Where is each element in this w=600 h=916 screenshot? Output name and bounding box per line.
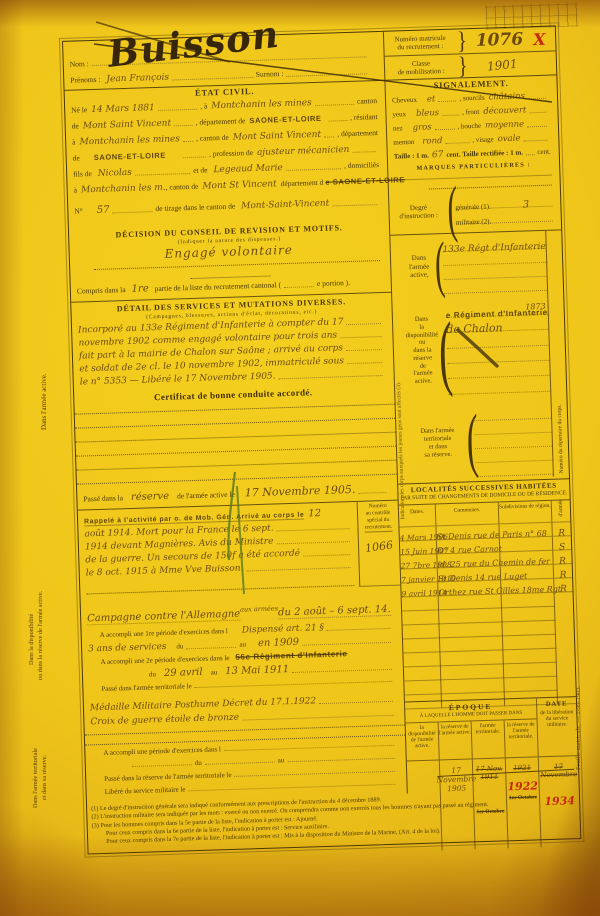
blank-cells (502, 593, 558, 707)
blank-line (279, 375, 383, 379)
marques-title: MARQUES PARTICULIÈRES : (388, 160, 559, 172)
periode-date-fin: 13 Mai 1911 (225, 664, 289, 677)
blank-line (86, 585, 354, 594)
blank-line (188, 784, 395, 792)
blank-line (287, 73, 368, 77)
conseil-decision: Engagé volontaire (164, 243, 293, 261)
label: au (278, 756, 285, 764)
label: , front (462, 108, 479, 117)
blank-cells (555, 592, 577, 705)
label: , profession de (209, 148, 253, 158)
label: fils de (73, 169, 92, 179)
label: , bouche (457, 122, 481, 131)
localite-date: 4 Mars 1906 (399, 527, 436, 542)
blank-line (474, 405, 551, 420)
blank-line (76, 446, 396, 457)
label: e portion ). (317, 278, 350, 288)
label: , domiciliés (344, 160, 379, 170)
label: , visage (472, 135, 494, 144)
tirage-line: N° 57 de tirage dans le canton de Mont-S… (74, 196, 380, 217)
label: Passé dans la (83, 493, 123, 503)
reserve-date: 17 Novembre 1905. (245, 483, 356, 499)
ec-line-6: à Montchanin les m. , canton de Mont St … (74, 176, 380, 196)
blank-line (442, 114, 459, 116)
handwritten-text: le 8 oct. 1915 à Mme Vve Buisson. (86, 563, 244, 578)
sourcils-value: châtains (488, 91, 525, 102)
blank-line (446, 142, 470, 144)
label: Passé dans la réserve de l'armée territo… (104, 771, 232, 783)
label: Passé dans l'armée territoriale le (101, 682, 191, 693)
disponibilite-number: 1873 (525, 302, 546, 312)
print-reference: Feuille matricule. — 2-99-1903. (575, 590, 582, 770)
label: Cheveux (392, 96, 417, 105)
blank-line (195, 681, 393, 688)
blank-line (523, 140, 547, 142)
canton-value: Mont St Vincent (202, 179, 277, 191)
label: de (72, 121, 79, 130)
blank-line (332, 204, 377, 206)
label: Libéré du service militaire le (105, 785, 186, 796)
prenoms-label: Prénoms : (70, 75, 100, 85)
label: au (211, 668, 218, 676)
yeux-value: bleus (416, 108, 439, 119)
front-value: découvert (483, 105, 526, 116)
blank-line (324, 136, 334, 137)
blank-line (174, 125, 193, 127)
label: A accompli une 2e période d'exercices da… (100, 654, 229, 666)
bouche-value: moyenne (485, 119, 524, 130)
label: N° (74, 206, 83, 215)
blank-line (205, 762, 275, 765)
label: Taille : 1 m. (394, 151, 429, 160)
periode-date-debut: 29 avril (164, 667, 203, 679)
liste-partie: 1re (131, 283, 148, 295)
label: cent. Taille rectifiée : 1 m. (446, 149, 523, 159)
blank-line (474, 419, 551, 434)
military-record-sheet: Dans l'armée active. Dans la disponibili… (0, 0, 600, 916)
profession-value: ajusteur mécanicien (257, 145, 350, 158)
certificat-text: Certificat de bonne conduite accordé. (154, 387, 313, 402)
label: Né le (71, 105, 87, 114)
blank-cells (402, 597, 442, 710)
blank-line (475, 433, 552, 448)
disponibilite-label: Dansla disponibilitéou dans la réservede… (404, 304, 440, 397)
nez-value: gros (412, 122, 431, 133)
sig-nez-line: nez gros , bouche moyenne (393, 119, 550, 134)
margin-label-disponibilite-1: Dans la disponibilité (28, 545, 35, 665)
blank-line (187, 647, 237, 650)
armee-active-label: Dans l'armée active, (402, 238, 435, 295)
epoque-col2-header: la réserve de l'armée active. (439, 721, 473, 759)
blank-line (75, 418, 395, 429)
blank-line (172, 77, 253, 81)
controle-number: 1066 (364, 538, 394, 555)
blank-line (242, 715, 393, 721)
col-header-dates: Dates. (399, 504, 437, 527)
campagne-superscript: aux armées (240, 604, 278, 613)
col-header-flag: d'armée (552, 500, 571, 523)
residence-value: Montchanin les mines (79, 134, 180, 147)
blank-line (447, 363, 549, 379)
col-header-communes: Communes. (436, 502, 500, 526)
blank-line (347, 362, 382, 364)
epoque-date-header: DATE de la libération du service militai… (537, 697, 578, 756)
blank-line (475, 447, 552, 462)
tirage-number: 57 (97, 205, 110, 216)
localite-flag: S (553, 536, 571, 551)
taille-value: 67 (432, 150, 444, 160)
blank-line (526, 154, 534, 155)
localites-table: LOCALITÉS SUCCESSIVES HABITÉES PAR SUITE… (398, 478, 576, 709)
label: et de (193, 165, 208, 174)
blank-line (340, 336, 381, 338)
sig-taille-line: Taille : 1 m. 67 cent. Taille rectifiée … (394, 147, 551, 162)
epoque-table: ÉPOQUE À LAQUELLE L'HOMME DOIT PASSER DA… (405, 696, 579, 793)
blank-line (448, 379, 550, 395)
blank-line (292, 669, 392, 673)
matricule-value: 1076 (476, 29, 524, 50)
label: Compris dans la (77, 285, 126, 296)
signalement-title: SIGNALEMENT. (385, 76, 556, 91)
label: canton (357, 96, 377, 106)
blank-line (346, 349, 382, 351)
blank-line (527, 126, 547, 128)
domicile-value: Montchanin les m. (81, 183, 166, 196)
blank-line (113, 211, 153, 213)
tirage-canton: Mont-Saint-Vincent (241, 199, 329, 212)
surnom-label: Surnom : (256, 69, 284, 79)
blank-line (132, 764, 192, 767)
label: nez (393, 124, 403, 132)
blank-line (235, 771, 396, 777)
campagne-text: Campagne contre l'Allemagne (87, 609, 240, 626)
label: , département (337, 128, 378, 138)
campagne-dates: du 2 août – 6 sept. 14. (278, 604, 391, 620)
margin-label-territoriale-2: et dans sa réserve. (41, 705, 48, 800)
regiment-stamp: 56e Régiment d'Infanterie (235, 649, 347, 662)
margin-label-disponibilite-2: ou dans la réserve de l'armée active. (37, 530, 44, 680)
disponibilite-block: Dansla disponibilitéou dans la réservede… (404, 301, 550, 397)
classe-value: 1901 (486, 57, 518, 74)
blank-line (277, 528, 350, 531)
label: du (176, 642, 183, 650)
localite-date: 7 janvier 1910 (401, 569, 438, 584)
label: partie de la liste du recrutement canton… (155, 280, 282, 293)
label: de l'armée active le (177, 490, 235, 501)
col-header-subdivisions: Subdivisions de région. (499, 501, 553, 525)
epoque-col1-header: la disponibilité de l'armée active. (406, 722, 440, 760)
localites-rows: 4 Mars 1906 St Denis rue de Paris n° 68 … (399, 522, 572, 597)
blank-line (286, 168, 341, 171)
blank-line (76, 432, 396, 443)
cheveux-value: et (427, 94, 436, 104)
localites-empty-rows (402, 592, 576, 709)
label: , département de (196, 116, 246, 127)
blank-line (395, 175, 552, 181)
blank-line (85, 725, 405, 736)
label: département d (281, 178, 324, 188)
blank-line (303, 554, 350, 556)
localite-flag: R (554, 564, 572, 579)
blank-line (158, 109, 197, 111)
blank-line (447, 348, 549, 364)
matricule-cross-mark: X (533, 29, 546, 48)
armee-territoriale-block: Dans l'arméeterritorialeet danssa réserv… (408, 405, 553, 479)
instruction-block: Degréd'instruction : ( générale (1). 3 m… (389, 193, 553, 228)
label: du (149, 670, 156, 678)
matricule-label: Numéro matriculedu recrutement : (384, 34, 456, 52)
certificat-line: Certificat de bonne conduite accordé. (80, 385, 386, 405)
blank-line (135, 173, 190, 176)
controle-special-box: Numéroau contrôlespécial durecrutement. … (357, 501, 401, 587)
blank-line (315, 104, 354, 106)
blank-line (447, 333, 549, 349)
localite-date: 9 avril 1914 (401, 583, 438, 598)
birth-date: 14 Mars 1881 (91, 103, 155, 115)
blank-line (191, 275, 271, 279)
label: militaire (2). (456, 217, 492, 226)
blank-line (528, 98, 546, 100)
label: de (73, 153, 80, 162)
rappel-date-start: 12 (308, 508, 321, 519)
surname-handwritten: Buisson (105, 12, 281, 76)
sig-menton-line: menton rond , visage ovale (393, 133, 550, 148)
margin-label-armee-active: Dans l'armée active. (40, 300, 48, 430)
left-column: ÉTAT CIVIL. Né le 14 Mars 1881 , à Montc… (65, 80, 408, 804)
handwritten-text: le n° 5353 — Libéré le 17 Novembre 1905. (80, 371, 276, 387)
blank-line (438, 101, 456, 103)
armee-territoriale-label: Dans l'arméeterritorialeet danssa réserv… (408, 407, 468, 479)
label: A accompli une période d'exercices dans … (103, 745, 221, 757)
label: , canton de (196, 133, 229, 143)
blank-line (76, 460, 396, 471)
label: cent. (537, 148, 551, 156)
epoque-col3-header: l'armée territoriale. (472, 720, 506, 758)
label: , résidant (350, 112, 378, 122)
blank-line (529, 112, 546, 114)
right-column: SIGNALEMENT. Cheveux et , sourcils châta… (385, 74, 578, 793)
canton-value: Mont Saint Vincent (83, 119, 172, 132)
blank-line (346, 323, 381, 325)
blank-line (435, 129, 455, 131)
blank-cells (439, 595, 505, 709)
nom-label: Nom : (70, 59, 89, 69)
blank-line (302, 642, 391, 646)
dispense-hand: Dispensé art. 21 § (242, 623, 325, 636)
label: , à (200, 101, 207, 110)
epoque-col4-header: la réserve de l'armée territoriale. (505, 719, 538, 757)
blank-line (247, 567, 351, 571)
birth-place: Montchanin les mines (211, 98, 312, 111)
label: A accompli une 1re période d'exercices d… (100, 627, 228, 639)
blank-line (276, 541, 349, 544)
blank-line (183, 156, 206, 158)
departement-stamp: SAONE-ET-LOIRE (94, 151, 166, 162)
label: yeux (392, 110, 406, 118)
blank-line (319, 701, 393, 704)
localite-flag: R (553, 550, 571, 565)
margin-label-territoriale-1: Dans l'armée territoriale (32, 698, 39, 808)
blank-line (329, 120, 348, 122)
label: du (195, 759, 202, 767)
form-frame: Buisson Nom : Prénoms : Jean François Su… (62, 25, 581, 854)
sig-yeux-line: yeux bleus , front découvert (392, 105, 549, 120)
blank-line (359, 492, 387, 494)
label: de tirage dans le canton de (155, 202, 235, 214)
label: à (72, 138, 76, 147)
localite-date: 27 7bre 1908 (400, 555, 437, 570)
handwritten-text: 3 ans de services (88, 642, 167, 654)
canton-value: Mont Saint Vincent (233, 130, 322, 143)
controle-caption: Numéroau contrôlespécial durecrutement. (364, 501, 393, 532)
blank-line (284, 286, 314, 288)
blank-line (475, 461, 552, 476)
armee-active-block: Dans l'armée active, ( 133e Régt d'Infan… (402, 235, 547, 295)
blank-line (183, 141, 193, 142)
blank-line (224, 745, 394, 751)
blank-line (352, 151, 375, 153)
label: , canton de (166, 182, 199, 192)
blank-line (287, 758, 394, 762)
croix-text: Croix de guerre étoile de bronze (90, 713, 239, 728)
localite-flag: R (552, 522, 570, 537)
annee-hand: en 1909 (258, 637, 299, 649)
reserve-hand: réserve (131, 491, 169, 503)
mother-name: Legeaud Marie (213, 163, 283, 175)
blank-line (75, 404, 395, 415)
blank-line (327, 628, 391, 631)
label: , sourcils (459, 94, 485, 103)
classe-label: Classede mobilisation : (385, 58, 457, 76)
sig-cheveux-line: Cheveux et , sourcils châtains (392, 91, 549, 106)
label: à (74, 186, 78, 195)
localite-date: 15 Juin 1907 (400, 541, 437, 556)
header-right: Numéro matriculedu recrutement : } 1076 … (383, 26, 556, 79)
blank-line (443, 277, 547, 293)
label: menton (393, 138, 414, 147)
departement-stamp: SAONE-ET-LOIRE (249, 114, 321, 125)
father-name: Nicolas (98, 168, 132, 179)
visage-value: ovale (498, 134, 521, 145)
localite-commune: Orthez rue St Gilles 18me Rgt (438, 581, 501, 597)
label: au (239, 640, 246, 648)
repertoire-caption: Numéro du répertoire du corps. (551, 233, 565, 473)
menton-value: rond (422, 136, 442, 147)
